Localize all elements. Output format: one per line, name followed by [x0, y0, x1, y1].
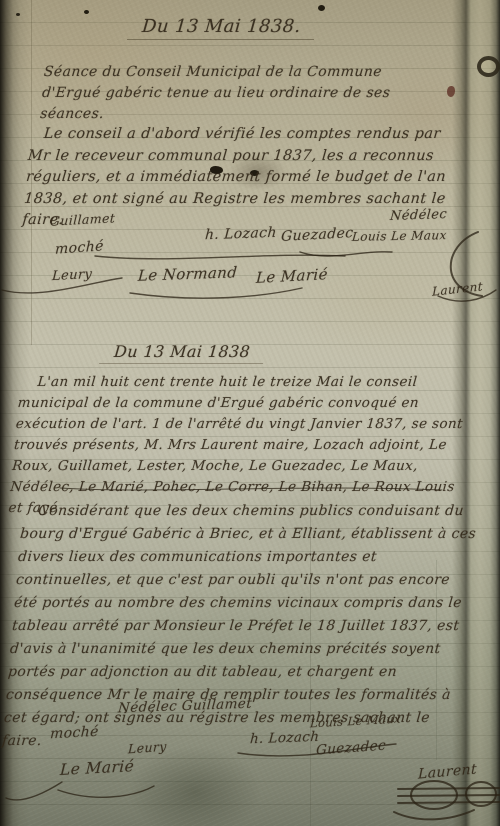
signature-flourishes — [0, 0, 500, 826]
manuscript-page: Du 13 Mai 1838. Séance du Conseil Munici… — [0, 0, 500, 826]
wormhole-ring — [477, 56, 500, 77]
